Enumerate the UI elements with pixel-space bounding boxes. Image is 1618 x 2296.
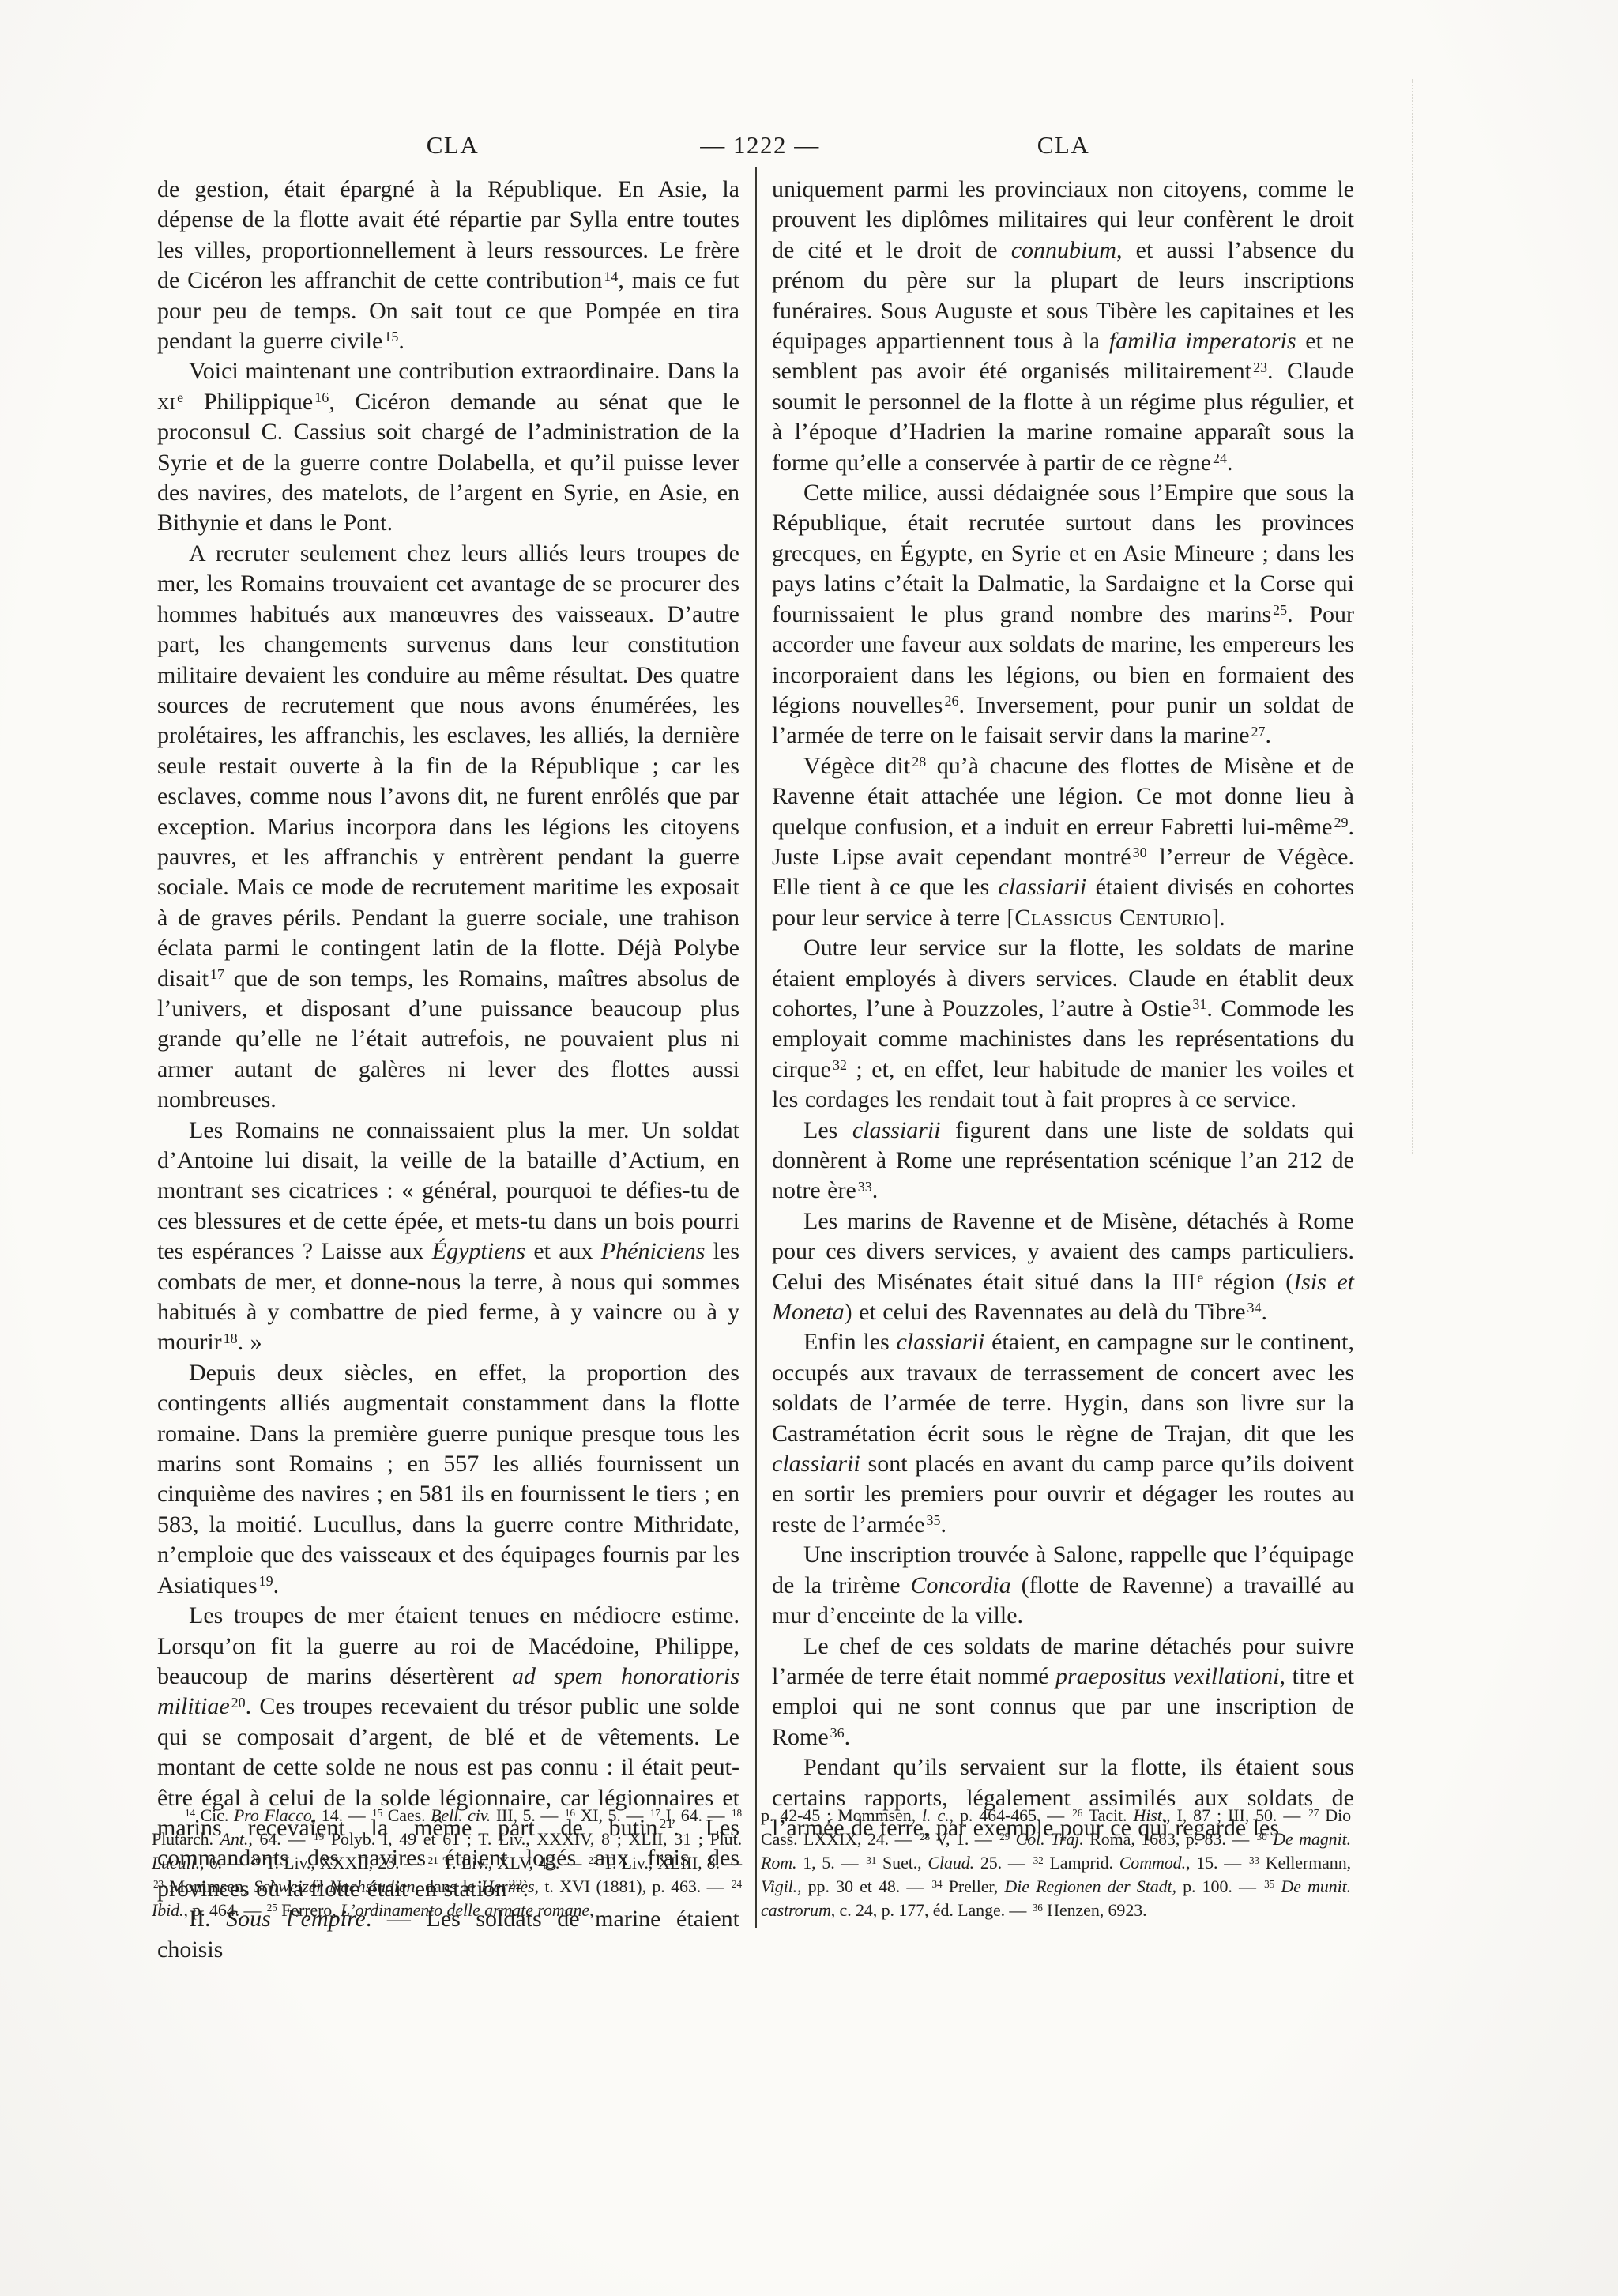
footnote-ref: 27 — [1307, 1807, 1319, 1819]
text-run: . — [398, 328, 404, 354]
text-run: Ant. — [220, 1829, 249, 1849]
text-run: T. Liv., XXXII, 23. — — [261, 1853, 427, 1873]
column-divider-rule — [755, 167, 757, 1928]
paragraph: Les marins de Ravenne et de Misène, déta… — [772, 1206, 1354, 1328]
footnote-ref: 14 — [602, 269, 618, 284]
footnote-ref: 32 — [831, 1057, 847, 1073]
text-run: Les — [803, 1117, 852, 1143]
text-run: Roma, 1683, p. 83. — — [1084, 1829, 1255, 1849]
text-run: Philippique — [183, 389, 313, 415]
text-run: Classicus Centurio — [1014, 905, 1211, 931]
footnote-ref: 32 — [1032, 1854, 1044, 1866]
text-run: Henzen, 6923. — [1043, 1900, 1147, 1920]
footnote-ref: 20 — [249, 1854, 261, 1866]
text-run — [1010, 1829, 1016, 1849]
text-run: . » — [238, 1329, 262, 1355]
text-run: Die Regionen der Stadt — [1004, 1876, 1172, 1896]
footnote-ref: 33 — [1247, 1854, 1259, 1866]
footnote-ref: 35 — [1262, 1878, 1274, 1890]
footnote-ref: 15 — [371, 1807, 382, 1819]
text-run: , — [589, 1900, 593, 1920]
paragraph: Outre leur service sur la flotte, les so… — [772, 933, 1354, 1115]
paragraph: Le chef de ces soldats de marine détaché… — [772, 1632, 1354, 1753]
footnote-paragraph: p. 42-45 ; Mommsen, l. c., p. 464-465. —… — [761, 1804, 1351, 1922]
text-run: Depuis deux siècles, en effet, la propor… — [157, 1360, 739, 1598]
right-column-footnotes: p. 42-45 ; Mommsen, l. c., p. 464-465. —… — [761, 1804, 1351, 1922]
text-run: Phéniciens — [601, 1238, 706, 1264]
footnote-ref: 15 — [382, 329, 398, 344]
footnote-ref: e — [175, 390, 183, 405]
text-run: Commod. — [1119, 1853, 1186, 1873]
scan-artifact-line — [1412, 79, 1413, 1154]
footnote-ref: 31 — [864, 1854, 876, 1866]
text-run: Col. Traj. — [1016, 1829, 1084, 1849]
text-run: xi — [157, 389, 175, 415]
footnote-ref: 24 — [1211, 450, 1227, 466]
text-run: ) et celui des Ravennates au delà du Tib… — [845, 1299, 1246, 1325]
footnote-ref: 26 — [943, 693, 958, 709]
text-run: p. 42-45 ; Mommsen, — [761, 1805, 922, 1825]
footnote-paragraph: 14 Cic. Pro Flacco, 14. — 15 Caes. Bell.… — [152, 1804, 742, 1922]
text-run: que de son temps, les Romains, maîtres a… — [157, 965, 739, 1113]
text-run: praepositus vexillationi — [1055, 1663, 1279, 1689]
text-run: , 6. — — [200, 1853, 249, 1873]
footnote-ref: 27 — [1250, 724, 1266, 740]
text-run: . — [1266, 722, 1272, 748]
header-keyword-right: CLA — [1037, 131, 1090, 160]
footnote-ref: 24 — [730, 1878, 742, 1890]
text-run: . — [845, 1724, 851, 1750]
text-run: Suet., — [876, 1853, 928, 1873]
text-run: Schweizer Nachstudien — [254, 1876, 416, 1896]
footnote-ref: 30 — [1255, 1831, 1267, 1842]
paragraph: Les Romains ne connaissaient plus la mer… — [157, 1116, 739, 1358]
text-run: , t. XVI (1881), p. 463. — — [535, 1876, 730, 1896]
text-run: . — [872, 1177, 879, 1203]
footnote-ref: 33 — [856, 1179, 872, 1195]
text-run: Lamprid. — [1044, 1853, 1119, 1873]
text-run: classiarii — [852, 1117, 941, 1143]
footnote-ref: 34 — [1246, 1300, 1262, 1315]
text-run: Vigil. — [761, 1876, 797, 1896]
paragraph: Végèce dit28 qu’à chacune des flottes de… — [772, 751, 1354, 933]
footnote-ref: 29 — [1333, 815, 1349, 830]
paragraph: Enfin les classiarii étaient, en campagn… — [772, 1327, 1354, 1540]
text-run: Hist. — [1133, 1805, 1166, 1825]
paragraph: Une inscription trouvée à Salone, rappel… — [772, 1540, 1354, 1631]
text-run: Tacit. — [1082, 1805, 1133, 1825]
text-run: ; et, en effet, leur habitude de manier … — [772, 1056, 1354, 1112]
footnote-ref: 17 — [209, 966, 224, 982]
paragraph: Depuis deux siècles, en effet, la propor… — [157, 1358, 739, 1601]
scanned-page: CLA — 1222 — CLA de gestion, était éparg… — [0, 0, 1618, 2296]
text-run: et aux — [525, 1238, 601, 1264]
footnote-ref: 28 — [910, 754, 926, 770]
footnote-ref: 31 — [1191, 996, 1206, 1012]
text-run: . — [1262, 1299, 1268, 1325]
text-run: A recruter seulement chez leurs alliés l… — [157, 540, 739, 992]
text-run: Bell. civ. — [431, 1805, 491, 1825]
left-column-text: de gestion, était épargné à la Républiqu… — [157, 175, 739, 1965]
text-run: Voici maintenant une contribution extrao… — [189, 358, 739, 384]
footnote-ref: 18 — [222, 1331, 238, 1346]
footnote-ref: 16 — [563, 1807, 575, 1819]
text-run: , 14. — — [312, 1805, 371, 1825]
text-run: L’ordinamento delle armate romane — [341, 1900, 589, 1920]
paragraph: uniquement parmi les provinciaux non cit… — [772, 175, 1354, 478]
text-run: classiarii — [897, 1329, 985, 1355]
text-run: Plutarch. — [152, 1829, 220, 1849]
text-run: T. Liv., XLIII, 8. — — [598, 1853, 742, 1873]
footnote-ref: 20 — [230, 1695, 246, 1711]
paragraph: A recruter seulement chez leurs alliés l… — [157, 539, 739, 1116]
footnote-ref: 28 — [918, 1831, 930, 1842]
text-run: , 64. — — [248, 1829, 312, 1849]
text-run: 1, 5. — — [796, 1853, 864, 1873]
footnote-ref: 25 — [1271, 602, 1287, 618]
text-run: XI, 5. — — [575, 1805, 649, 1825]
paragraph: de gestion, était épargné à la Républiqu… — [157, 175, 739, 356]
right-column-text: uniquement parmi les provinciaux non cit… — [772, 175, 1354, 1843]
footnote-ref: 14 — [183, 1807, 195, 1819]
footnote-ref: 18 — [730, 1807, 742, 1819]
text-run: Caes. — [382, 1805, 431, 1825]
text-run: . — [941, 1511, 947, 1538]
footnote-ref: 23 — [152, 1878, 164, 1890]
footnote-ref: 36 — [1031, 1902, 1043, 1914]
text-run: Pro Flacco — [234, 1805, 312, 1825]
text-run: Concordia — [910, 1572, 1010, 1598]
footnote-ref: 19 — [312, 1831, 324, 1842]
text-run: , p. 464-465. — — [950, 1805, 1071, 1825]
text-run: Claud. — [928, 1853, 974, 1873]
text-run: , p. 464. — — [183, 1900, 265, 1920]
text-run: , c. 24, p. 177, éd. Lange. — — [831, 1900, 1031, 1920]
text-run: . — [273, 1572, 280, 1598]
text-run: Égyptiens — [432, 1238, 525, 1264]
footnote-ref: 25 — [265, 1902, 277, 1914]
text-run: Hermès — [481, 1876, 535, 1896]
footnote-ref: 19 — [258, 1573, 273, 1589]
text-run: , 15. — — [1186, 1853, 1247, 1873]
footnote-ref: 30 — [1131, 845, 1147, 860]
text-run: Cette milice, aussi dédaignée sous l’Emp… — [772, 480, 1354, 627]
text-run: Preller, — [943, 1876, 1005, 1896]
paragraph: Les classiarii figurent dans une liste d… — [772, 1116, 1354, 1206]
text-run: . — [1227, 450, 1233, 476]
text-run: Cic. — [195, 1805, 234, 1825]
text-run: Polyb. I, 49 et 61 ; T. Liv., XXXIV, 8 ;… — [324, 1829, 742, 1849]
text-run: I, 64. — — [660, 1805, 730, 1825]
text-run: , pp. 30 et 48. — — [797, 1876, 930, 1896]
footnote-ref: 26 — [1071, 1807, 1082, 1819]
text-run: région ( — [1203, 1269, 1293, 1295]
text-run: III, 5. — — [491, 1805, 563, 1825]
text-run: Lucull. — [152, 1853, 200, 1873]
footnote-ref: 17 — [649, 1807, 660, 1819]
text-run: Kellermann, — [1259, 1853, 1351, 1873]
text-run: Ferrero, — [277, 1900, 341, 1920]
text-run: , I, 87 ; III, 50. — — [1166, 1805, 1307, 1825]
text-run: 25. — — [974, 1853, 1032, 1873]
text-run: classiarii — [772, 1451, 860, 1477]
paragraph: Voici maintenant une contribution extrao… — [157, 356, 739, 538]
footnote-ref: 23 — [1251, 359, 1267, 375]
text-run: familia imperatoris — [1109, 328, 1296, 354]
footnote-ref: e — [1195, 1270, 1203, 1285]
text-run: , dans le — [415, 1876, 480, 1896]
footnote-ref: 34 — [931, 1878, 943, 1890]
text-run: , p. 100. — — [1172, 1876, 1263, 1896]
page-number: — 1222 — — [700, 131, 820, 160]
text-run: V, 1. — — [930, 1829, 998, 1849]
text-run: Enfin les — [803, 1329, 897, 1355]
left-column-footnotes: 14 Cic. Pro Flacco, 14. — 15 Caes. Bell.… — [152, 1804, 742, 1922]
text-run: Végèce dit — [803, 753, 910, 779]
text-run: T. Liv., XLV, 43. — — [438, 1853, 587, 1873]
paragraph: Cette milice, aussi dédaignée sous l’Emp… — [772, 478, 1354, 751]
text-run: ]. — [1211, 905, 1225, 931]
text-run: Ibid. — [152, 1900, 183, 1920]
footnote-ref: 36 — [829, 1725, 845, 1741]
footnote-ref: 21 — [427, 1854, 438, 1866]
text-run: connubium — [1011, 237, 1116, 263]
footnote-ref: 22 — [586, 1854, 598, 1866]
footnote-ref: 29 — [998, 1831, 1010, 1842]
footnote-ref: 35 — [925, 1512, 941, 1528]
text-run: Mommsen, — [164, 1876, 254, 1896]
footnote-ref: 16 — [313, 390, 329, 405]
header-keyword-left: CLA — [427, 131, 480, 160]
text-run: l. c. — [922, 1805, 950, 1825]
text-run: classiarii — [999, 874, 1087, 900]
